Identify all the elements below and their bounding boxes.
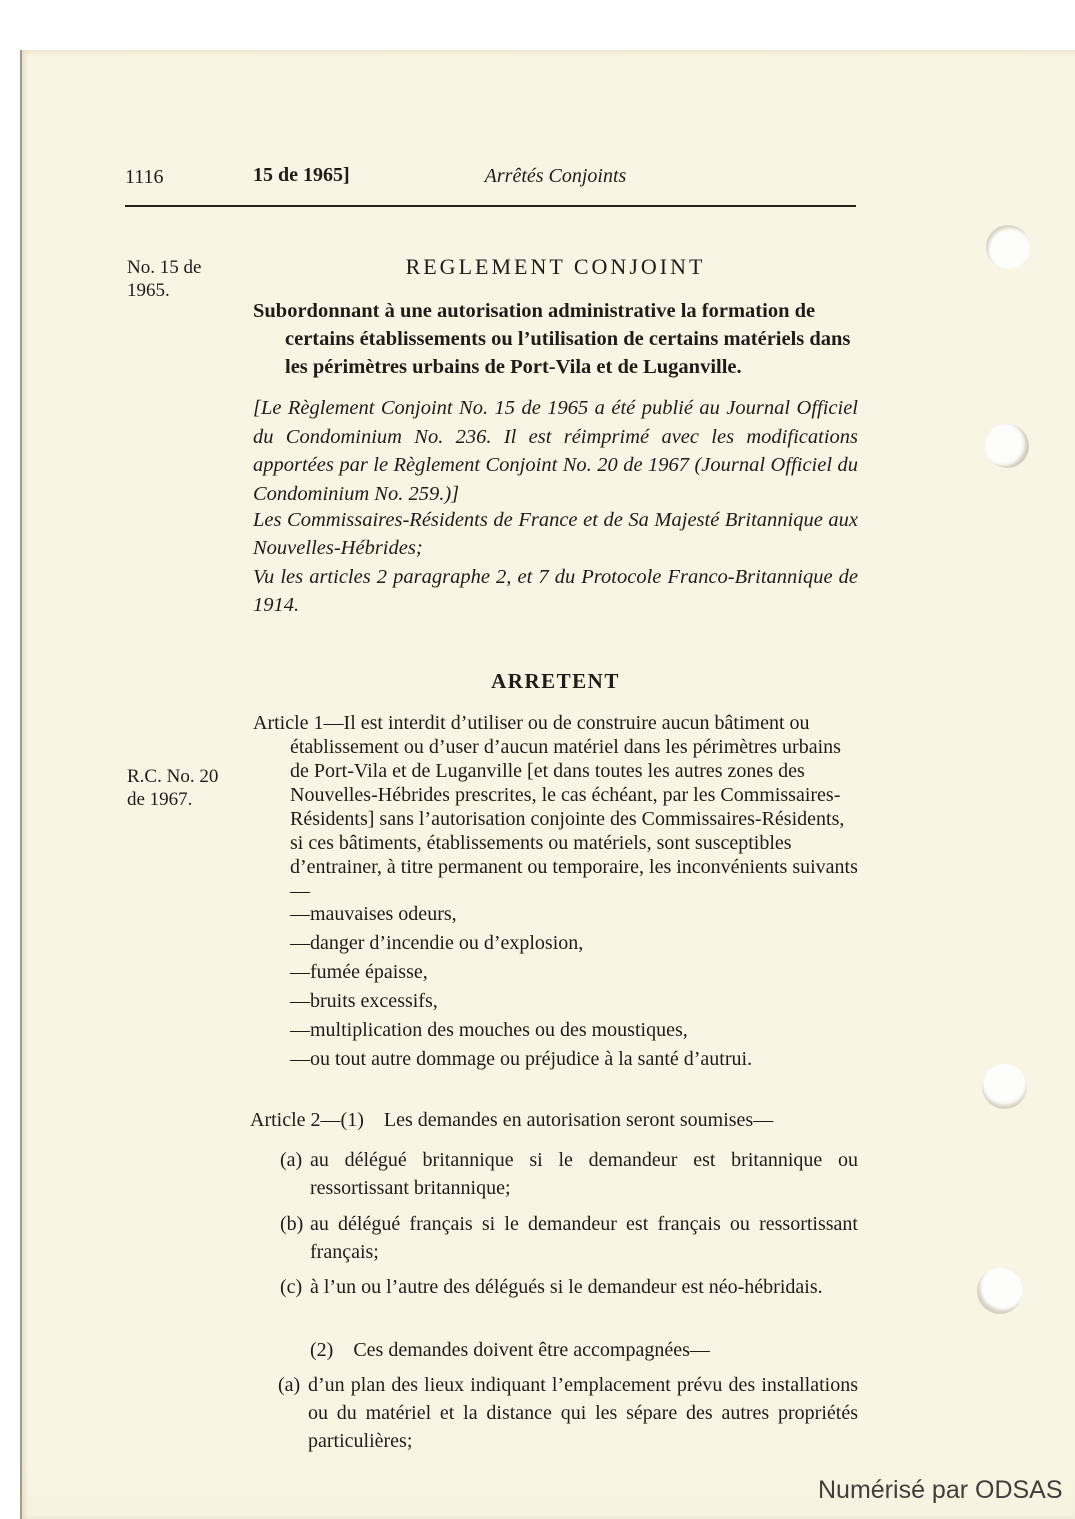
page-number: 1116 bbox=[125, 166, 164, 189]
article-2-intro: Article 2—(1) Les demandes en autorisati… bbox=[250, 1109, 860, 1132]
punch-hole bbox=[985, 424, 1029, 468]
preamble-protocol: Vu les articles 2 paragraphe 2, et 7 du … bbox=[253, 563, 858, 619]
clause-label: (c) bbox=[280, 1273, 302, 1301]
enactment-heading: ARRETENT bbox=[253, 669, 858, 694]
clause-label: (a) bbox=[280, 1146, 302, 1174]
clause-text: d’un plan des lieux indiquant l’emplacem… bbox=[308, 1371, 858, 1455]
odsas-watermark: Numérisé par ODSAS bbox=[818, 1476, 1063, 1505]
punch-hole bbox=[986, 225, 1030, 269]
margin-note-regulation: No. 15 de 1965. bbox=[127, 256, 247, 302]
document-title: REGLEMENT CONJOINT bbox=[253, 254, 858, 280]
clause-a: (a) au délégué britannique si le demande… bbox=[280, 1146, 858, 1202]
article-1-body: Article 1—Il est interdit d’utiliser ou … bbox=[253, 711, 858, 903]
header-rule bbox=[125, 205, 856, 207]
clause-label: (b) bbox=[280, 1210, 303, 1238]
preamble-commissioners: Les Commissaires-Résidents de France et … bbox=[253, 506, 858, 562]
clause-text: à l’un ou l’autre des délégués si le dem… bbox=[310, 1273, 858, 1301]
margin-note-line: R.C. No. 20 bbox=[127, 765, 247, 788]
document-subtitle: Subordonnant à une autorisation administ… bbox=[253, 297, 858, 381]
clause-text: au délégué français si le demandeur est … bbox=[310, 1210, 858, 1266]
margin-note-line: 1965. bbox=[127, 279, 247, 302]
list-item: —multiplication des mouches ou des moust… bbox=[290, 1019, 752, 1041]
clause-c: (c) à l’un ou l’autre des délégués si le… bbox=[280, 1273, 858, 1301]
clause-b: (b) au délégué français si le demandeur … bbox=[280, 1210, 858, 1266]
punch-hole bbox=[977, 1268, 1023, 1314]
list-item: —ou tout autre dommage ou préjudice à la… bbox=[290, 1048, 752, 1070]
clause-label: (a) bbox=[278, 1371, 300, 1399]
list-item: —danger d’incendie ou d’explosion, bbox=[290, 932, 752, 954]
list-item: —mauvaises odeurs, bbox=[290, 903, 752, 925]
running-title: Arrêtés Conjoints bbox=[253, 165, 858, 188]
sub2-clause-a: (a) d’un plan des lieux indiquant l’empl… bbox=[278, 1371, 858, 1455]
scanned-page: 1116 15 de 1965] Arrêtés Conjoints No. 1… bbox=[0, 0, 1075, 1519]
clause-text: au délégué britannique si le demandeur e… bbox=[310, 1146, 858, 1202]
list-item: —fumée épaisse, bbox=[290, 961, 752, 983]
editorial-note: [Le Règlement Conjoint No. 15 de 1965 a … bbox=[253, 394, 858, 508]
list-item: —bruits excessifs, bbox=[290, 990, 752, 1012]
punch-hole bbox=[982, 1064, 1027, 1109]
margin-note-line: de 1967. bbox=[127, 788, 247, 811]
article-2-sub2-intro: (2) Ces demandes doivent être accompagné… bbox=[310, 1339, 710, 1362]
article-1-nuisance-list: —mauvaises odeurs, —danger d’incendie ou… bbox=[290, 903, 752, 1077]
margin-note-line: No. 15 de bbox=[127, 256, 247, 279]
margin-note-amendment: R.C. No. 20 de 1967. bbox=[127, 765, 247, 811]
